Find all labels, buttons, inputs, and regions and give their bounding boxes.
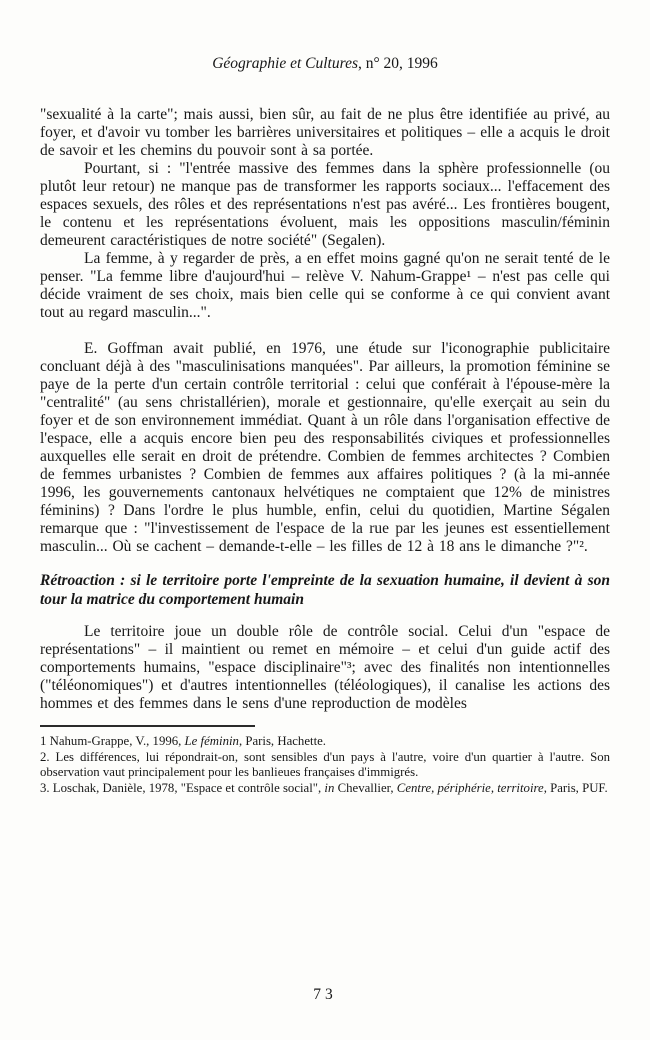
journal-issue: , n° 20, 1996 bbox=[358, 55, 438, 72]
paragraph: Le territoire joue un double rôle de con… bbox=[40, 623, 610, 713]
footnote-text: , Paris, Hachette. bbox=[239, 734, 326, 748]
footnotes: 1 Nahum-Grappe, V., 1996, Le féminin, Pa… bbox=[40, 734, 610, 796]
paragraph: La femme, à y regarder de près, a en eff… bbox=[40, 250, 610, 322]
footnote: 3. Loschak, Danièle, 1978, "Espace et co… bbox=[40, 781, 610, 797]
footnote-text: 3. Loschak, Danièle, 1978, "Espace et co… bbox=[40, 781, 324, 795]
journal-title: Géographie et Cultures bbox=[212, 55, 358, 72]
footnote-text: 1 Nahum-Grappe, V., 1996, bbox=[40, 734, 185, 748]
paragraph: E. Goffman avait publié, en 1976, une ét… bbox=[40, 340, 610, 556]
paragraph: "sexualité à la carte"; mais aussi, bien… bbox=[40, 106, 610, 160]
footnote-book-title: Centre, périphérie, territoire bbox=[397, 781, 544, 795]
footnote-book-title: Le féminin bbox=[185, 734, 239, 748]
footnote-text: Chevallier, bbox=[334, 781, 396, 795]
footnote-in: in bbox=[324, 781, 334, 795]
section-heading: Rétroaction : si le territoire porte l'e… bbox=[40, 571, 610, 609]
journal-header: Géographie et Cultures, n° 20, 1996 bbox=[40, 55, 610, 73]
footnote: 2. Les différences, lui répondrait-on, s… bbox=[40, 750, 610, 781]
footnote-text: 2. Les différences, lui répondrait-on, s… bbox=[40, 750, 610, 780]
document-page: Géographie et Cultures, n° 20, 1996 "sex… bbox=[0, 0, 650, 1040]
page-number: 73 bbox=[0, 986, 650, 1004]
footnote-separator bbox=[40, 725, 255, 727]
footnote: 1 Nahum-Grappe, V., 1996, Le féminin, Pa… bbox=[40, 734, 610, 750]
footnote-text: , Paris, PUF. bbox=[544, 781, 608, 795]
paragraph: Pourtant, si : "l'entrée massive des fem… bbox=[40, 160, 610, 250]
